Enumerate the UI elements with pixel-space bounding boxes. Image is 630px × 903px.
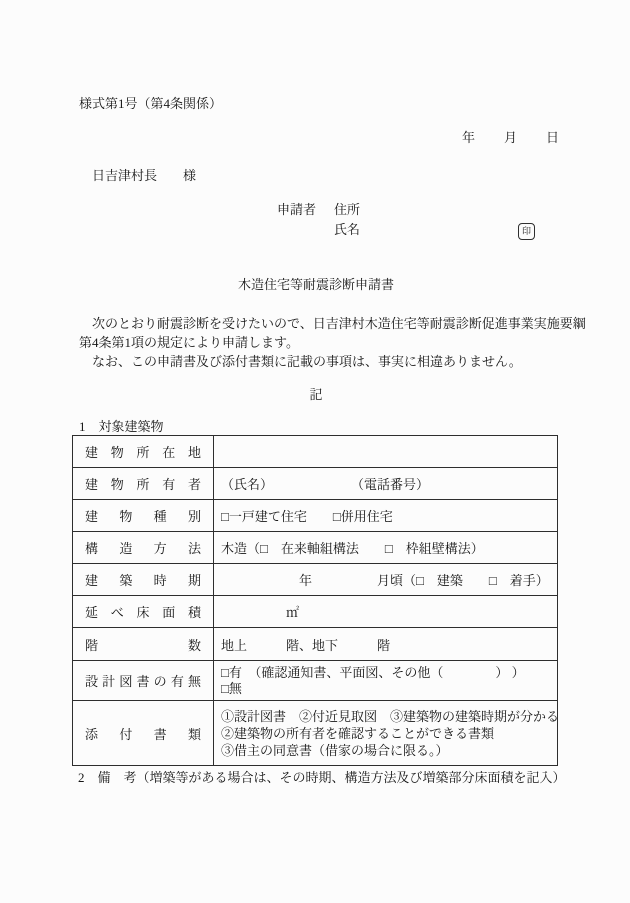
row-label: 延べ床面積 (73, 596, 214, 628)
section1-heading: 1 対象建築物 (79, 419, 560, 434)
applicant-address-row: 申請者住所 (277, 200, 560, 220)
table-row-design-documents: 設計図書の有無 □有 （確認通知書、平面図、その他（ ） ） □無 (73, 661, 558, 701)
row-value: ㎡ (214, 596, 558, 628)
row-value: □一戸建て住宅 □併用住宅 (214, 500, 558, 532)
table-row-attachments: 添付書類 ①設計図書 ②付近見取図 ③建築物の建築時期が分かる書類 ②建築物の所… (73, 701, 558, 766)
section2-heading: 2 備 考（増築等がある場合は、その時期、構造方法及び増築部分床面積を記入） (78, 770, 560, 785)
table-row-owner: 建物所有者 （氏名） （電話番号） (73, 468, 558, 500)
row-value: 年 月頃（□ 建築 □ 着手） (214, 564, 558, 596)
value-line: □無 (221, 681, 555, 697)
seal-mark: 印 (518, 223, 535, 240)
value-line: ①設計図書 ②付近見取図 ③建築物の建築時期が分かる書類 (221, 708, 555, 725)
intro-line: 第4条第1項の規定により申請します。 (79, 333, 560, 352)
document-page: 様式第1号（第4条関係） 年 月 日 日吉津村長 様 申請者住所 氏名 印 木造… (0, 0, 630, 903)
document-title: 木造住宅等耐震診断申請書 (72, 277, 560, 292)
row-value: □有 （確認通知書、平面図、その他（ ） ） □無 (214, 661, 558, 701)
table-row-building-type: 建物種別 □一戸建て住宅 □併用住宅 (73, 500, 558, 532)
row-label: 建物所在地 (73, 436, 214, 468)
row-label: 階数 (73, 628, 214, 661)
document-content: 様式第1号（第4条関係） 年 月 日 日吉津村長 様 申請者住所 氏名 印 木造… (0, 0, 630, 785)
intro-paragraph: 次のとおり耐震診断を受けたいので、日吉津村木造住宅等耐震診断促進事業実施要綱 第… (79, 314, 560, 371)
row-label: 建物種別 (73, 500, 214, 532)
value-line: ③借主の同意書（借家の場合に限る。） (221, 742, 555, 759)
table-row-structure-method: 構造方法 木造（□ 在来軸組構法 □ 枠組壁構法） (73, 532, 558, 564)
row-value: 地上 階、地下 階 (214, 628, 558, 661)
building-table: 建物所在地 建物所有者 （氏名） （電話番号） 建物種別 □一戸建て住宅 □併用… (72, 435, 558, 766)
value-line: ②建築物の所有者を確認することができる書類 (221, 725, 555, 742)
addressee: 日吉津村長 様 (92, 168, 560, 183)
applicant-label: 申請者 (277, 200, 334, 220)
row-value: （氏名） （電話番号） (214, 468, 558, 500)
row-value (214, 436, 558, 468)
table-row-floors: 階数 地上 階、地下 階 (73, 628, 558, 661)
row-label: 設計図書の有無 (73, 661, 214, 701)
form-number: 様式第1号（第4条関係） (79, 96, 560, 111)
value-line: □有 （確認通知書、平面図、その他（ ） ） (221, 665, 555, 681)
row-value: 木造（□ 在来軸組構法 □ 枠組壁構法） (214, 532, 558, 564)
intro-line: なお、この申請書及び添付書類に記載の事項は、事実に相違ありません。 (79, 352, 560, 371)
applicant-block: 申請者住所 氏名 印 (277, 200, 560, 240)
date-line: 年 月 日 (72, 130, 560, 145)
row-value: ①設計図書 ②付近見取図 ③建築物の建築時期が分かる書類 ②建築物の所有者を確認… (214, 701, 558, 766)
name-label: 氏名 (334, 222, 360, 237)
row-label: 構造方法 (73, 532, 214, 564)
intro-line: 次のとおり耐震診断を受けたいので、日吉津村木造住宅等耐震診断促進事業実施要綱 (79, 314, 560, 333)
table-row-location: 建物所在地 (73, 436, 558, 468)
row-label: 建築時期 (73, 564, 214, 596)
table-row-floor-area: 延べ床面積 ㎡ (73, 596, 558, 628)
address-label: 住所 (334, 202, 360, 217)
row-label: 添付書類 (73, 701, 214, 766)
row-label: 建物所有者 (73, 468, 214, 500)
table-row-construction-period: 建築時期 年 月頃（□ 建築 □ 着手） (73, 564, 558, 596)
record-marker: 記 (72, 387, 560, 402)
